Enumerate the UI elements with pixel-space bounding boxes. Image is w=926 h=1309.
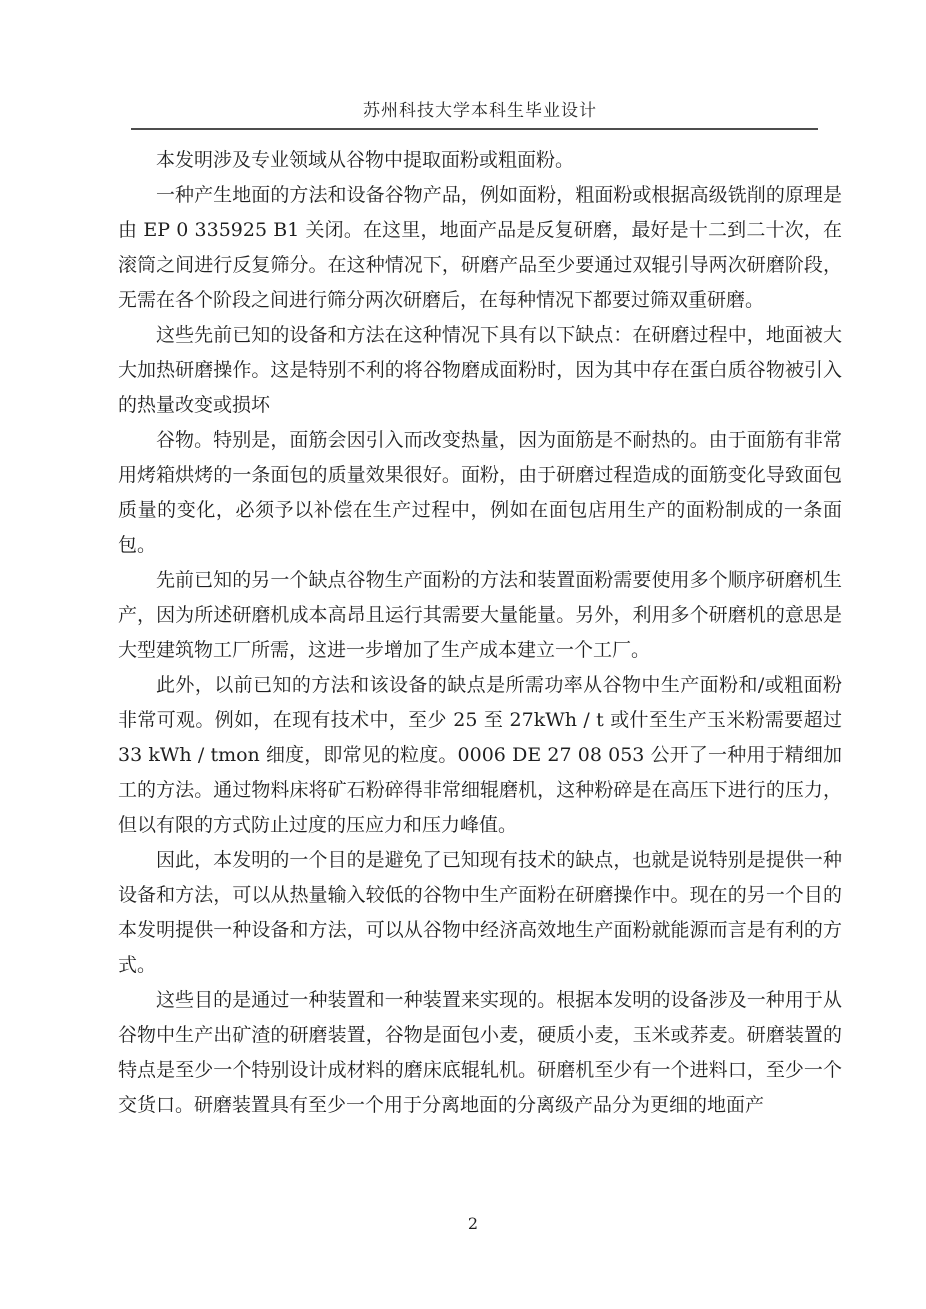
paragraph: 此外，以前已知的方法和该设备的缺点是所需功率从谷物中生产面粉和/或粗面粉非常可观… bbox=[118, 668, 842, 843]
paragraph: 这些目的是通过一种装置和一种装置来实现的。根据本发明的设备涉及一种用于从谷物中生… bbox=[118, 983, 842, 1123]
paragraph: 本发明涉及专业领域从谷物中提取面粉或粗面粉。 bbox=[118, 143, 842, 178]
page-number: 2 bbox=[10, 1212, 926, 1236]
page-header-title: 苏州科技大学本科生毕业设计 bbox=[118, 99, 842, 123]
paragraph: 一种产生地面的方法和设备谷物产品，例如面粉，粗面粉或根据高级铣削的原理是由 EP… bbox=[118, 178, 842, 318]
document-body: 本发明涉及专业领域从谷物中提取面粉或粗面粉。一种产生地面的方法和设备谷物产品，例… bbox=[118, 143, 842, 1123]
paragraph: 先前已知的另一个缺点谷物生产面粉的方法和装置面粉需要使用多个顺序研磨机生产，因为… bbox=[118, 563, 842, 668]
document-page: 苏州科技大学本科生毕业设计 本发明涉及专业领域从谷物中提取面粉或粗面粉。一种产生… bbox=[0, 0, 926, 1309]
paragraph: 谷物。特别是，面筋会因引入而改变热量，因为面筋是不耐热的。由于面筋有非常用烤箱烘… bbox=[118, 423, 842, 563]
paragraph: 因此，本发明的一个目的是避免了已知现有技术的缺点，也就是说特别是提供一种设备和方… bbox=[118, 843, 842, 983]
paragraph: 这些先前已知的设备和方法在这种情况下具有以下缺点：在研磨过程中，地面被大大加热研… bbox=[118, 318, 842, 423]
header-rule bbox=[131, 128, 818, 130]
